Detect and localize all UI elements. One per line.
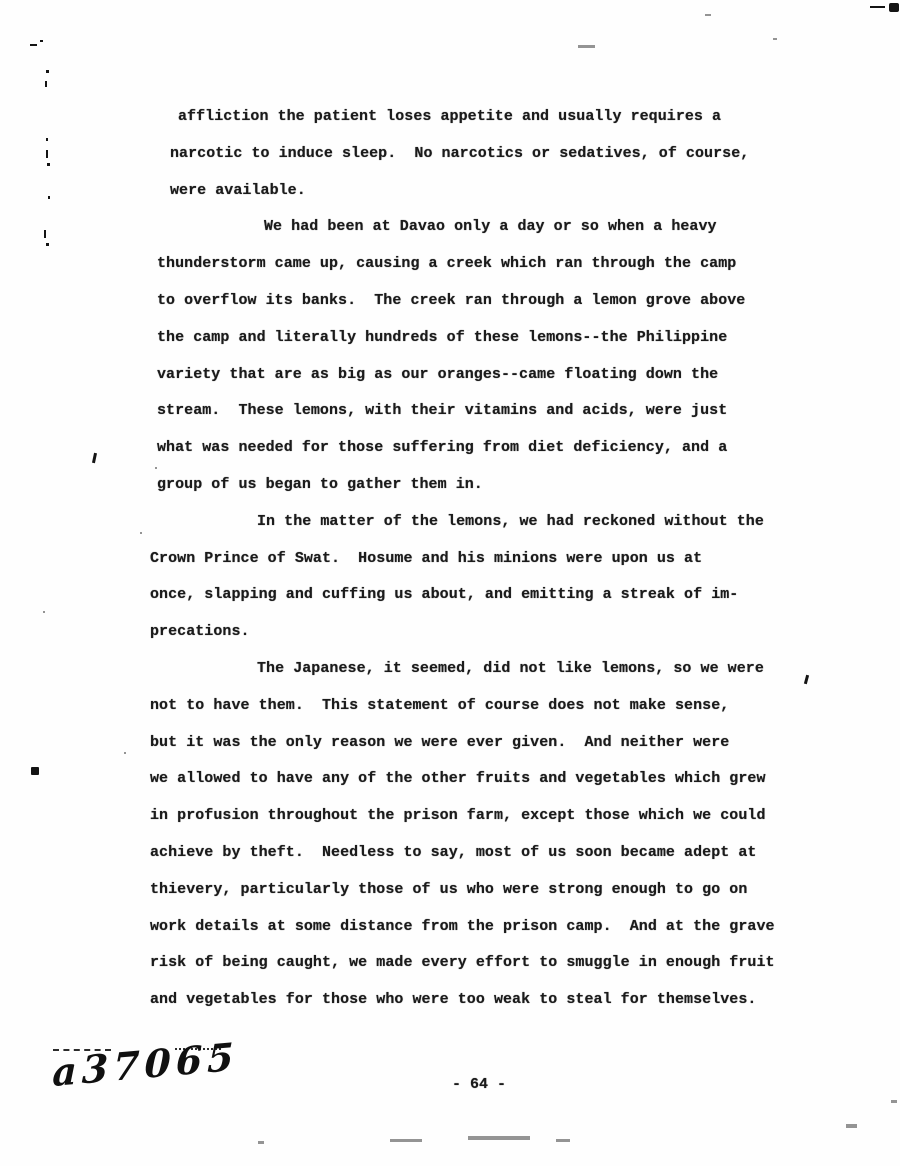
text-line: group of us began to gather them in. <box>157 467 900 504</box>
scan-speck <box>46 70 49 73</box>
text-line: what was needed for those suffering from… <box>157 430 900 467</box>
scan-speck <box>31 767 39 775</box>
text-line: thunderstorm came up, causing a creek wh… <box>157 246 900 283</box>
text-line: once, slapping and cuffing us about, and… <box>150 577 900 614</box>
scanned-document-page: affliction the patient loses appetite an… <box>0 0 900 1166</box>
text-line: the camp and literally hundreds of these… <box>157 320 900 357</box>
scan-speck <box>468 1136 530 1140</box>
text-line: stream. These lemons, with their vitamin… <box>157 393 900 430</box>
text-line: risk of being caught, we made every effo… <box>150 945 900 982</box>
text-line: in profusion throughout the prison farm,… <box>150 798 900 835</box>
text-line: thievery, particularly those of us who w… <box>150 872 900 909</box>
scan-speck <box>46 150 48 158</box>
handwritten-archive-number: a37065 <box>52 1033 239 1095</box>
scan-speck <box>155 467 157 469</box>
scan-speck <box>773 38 777 40</box>
text-line: The Japanese, it seemed, did not like le… <box>150 651 900 688</box>
scan-speck <box>891 1100 897 1103</box>
text-line: precations. <box>150 614 900 651</box>
text-line: not to have them. This statement of cour… <box>150 688 900 725</box>
scan-speck <box>47 163 50 166</box>
scan-speck <box>556 1139 570 1142</box>
text-line: to overflow its banks. The creek ran thr… <box>157 283 900 320</box>
text-line: and vegetables for those who were too we… <box>150 982 900 1019</box>
text-line: were available. <box>170 173 900 210</box>
scan-speck <box>140 532 142 534</box>
scan-speck <box>46 138 48 141</box>
scan-speck <box>124 752 126 754</box>
scan-speck <box>30 44 37 46</box>
text-line: affliction the patient loses appetite an… <box>178 99 900 136</box>
scan-speck <box>43 611 45 613</box>
scan-speck <box>870 6 885 8</box>
text-line: narcotic to induce sleep. No narcotics o… <box>170 136 900 173</box>
text-line: achieve by theft. Needless to say, most … <box>150 835 900 872</box>
scan-speck <box>45 81 47 87</box>
scan-speck <box>390 1139 422 1142</box>
text-line: work details at some distance from the p… <box>150 909 900 946</box>
typewritten-text: affliction the patient loses appetite an… <box>0 99 900 1019</box>
text-line: we allowed to have any of the other frui… <box>150 761 900 798</box>
text-line: Crown Prince of Swat. Hosume and his min… <box>150 541 900 578</box>
text-line: variety that are as big as our oranges--… <box>157 357 900 394</box>
scan-speck <box>846 1124 857 1128</box>
scan-speck <box>705 14 711 16</box>
text-line: but it was the only reason we were ever … <box>150 725 900 762</box>
scan-speck <box>44 230 46 238</box>
text-line: We had been at Davao only a day or so wh… <box>157 209 900 246</box>
scan-speck <box>40 40 43 42</box>
scan-speck <box>46 243 49 246</box>
scan-speck <box>578 45 595 48</box>
text-line: In the matter of the lemons, we had reck… <box>150 504 900 541</box>
page-number: - 64 - <box>452 1076 506 1093</box>
scan-speck <box>889 3 899 12</box>
scan-speck <box>48 196 50 199</box>
scan-speck <box>258 1141 264 1144</box>
